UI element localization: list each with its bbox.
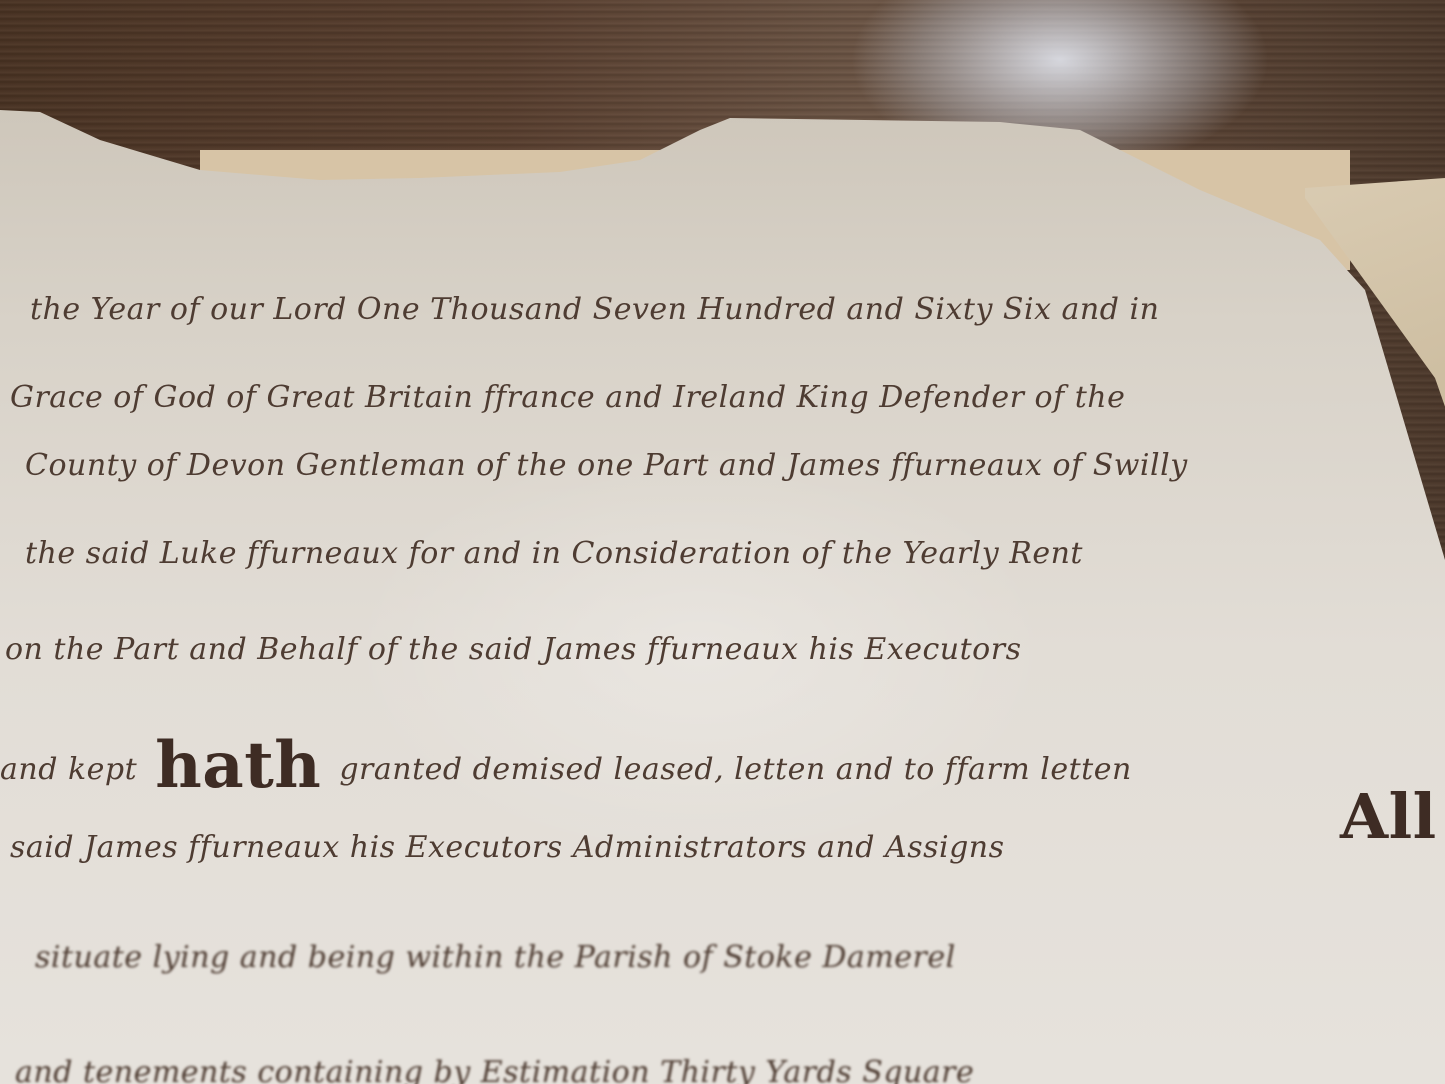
- text-line-8: situate lying and being within the Paris…: [35, 940, 956, 975]
- text-line-6: and kept hath granted demised leased, le…: [0, 720, 1132, 795]
- text-line-1: the Year of our Lord One Thousand Seven …: [30, 292, 1159, 327]
- text-line-6-after: granted demised leased, letten and to ff…: [339, 752, 1131, 787]
- text-line-2: Grace of God of Great Britain ffrance an…: [10, 380, 1125, 415]
- text-line-7: said James ffurneaux his Executors Admin…: [10, 830, 1005, 865]
- emphasized-word-all: All: [1340, 780, 1437, 853]
- emphasized-word-hath: hath: [155, 728, 321, 803]
- text-line-4: the said Luke ffurneaux for and in Consi…: [25, 536, 1083, 571]
- text-line-9: and tenements containing by Estimation T…: [15, 1055, 974, 1084]
- text-line-3: County of Devon Gentleman of the one Par…: [25, 448, 1188, 483]
- handwritten-text-block: the Year of our Lord One Thousand Seven …: [0, 0, 1445, 1084]
- text-line-5: on the Part and Behalf of the said James…: [5, 632, 1021, 667]
- text-line-6-before: and kept: [0, 752, 137, 787]
